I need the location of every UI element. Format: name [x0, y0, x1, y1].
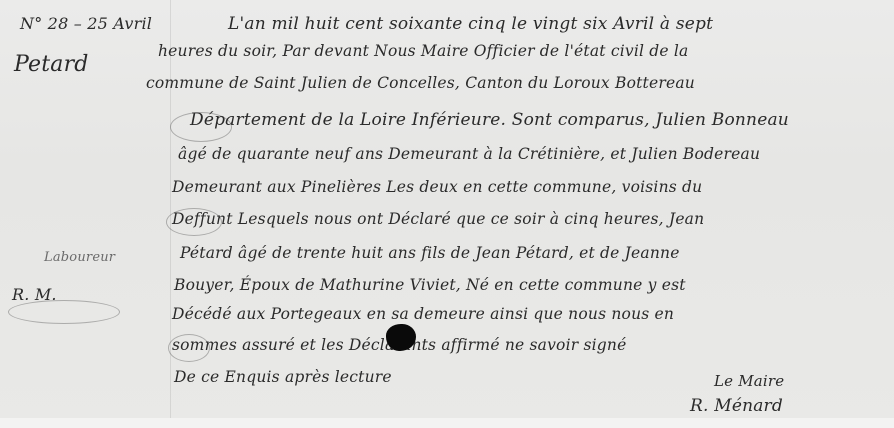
- signature-title: Le Maire: [714, 372, 784, 390]
- register-page: N° 28 – 25 Avril Petard Laboureur R. M. …: [0, 0, 894, 428]
- margin-surname: Petard: [14, 52, 89, 77]
- signature-name: R. Ménard: [690, 396, 783, 416]
- margin-entry-number-date: N° 28 – 25 Avril: [20, 14, 152, 33]
- body-line-1: L'an mil huit cent soixante cinq le ving…: [228, 14, 713, 34]
- margin-initials: R. M.: [12, 285, 57, 304]
- body-line-8: Pétard âgé de trente huit ans fils de Je…: [180, 244, 680, 262]
- margin-occupation: Laboureur: [44, 250, 115, 265]
- body-line-4: Département de la Loire Inférieure. Sont…: [190, 110, 789, 130]
- body-line-5: âgé de quarante neuf ans Demeurant à la …: [178, 145, 760, 163]
- body-line-12: De ce Enquis après lecture: [174, 368, 392, 386]
- body-line-7: Deffunt Lesquels nous ont Déclaré que ce…: [172, 210, 704, 228]
- margin-rule: [170, 0, 171, 428]
- body-line-9: Bouyer, Époux de Mathurine Viviet, Né en…: [174, 276, 686, 294]
- body-line-6: Demeurant aux Pinelières Les deux en cet…: [172, 178, 702, 196]
- body-line-2: heures du soir, Par devant Nous Maire Of…: [158, 42, 689, 60]
- page-bottom-edge: [0, 418, 894, 428]
- body-line-10: Décédé aux Portegeaux en sa demeure ains…: [172, 305, 674, 323]
- body-line-3: commune de Saint Julien de Concelles, Ca…: [146, 74, 695, 92]
